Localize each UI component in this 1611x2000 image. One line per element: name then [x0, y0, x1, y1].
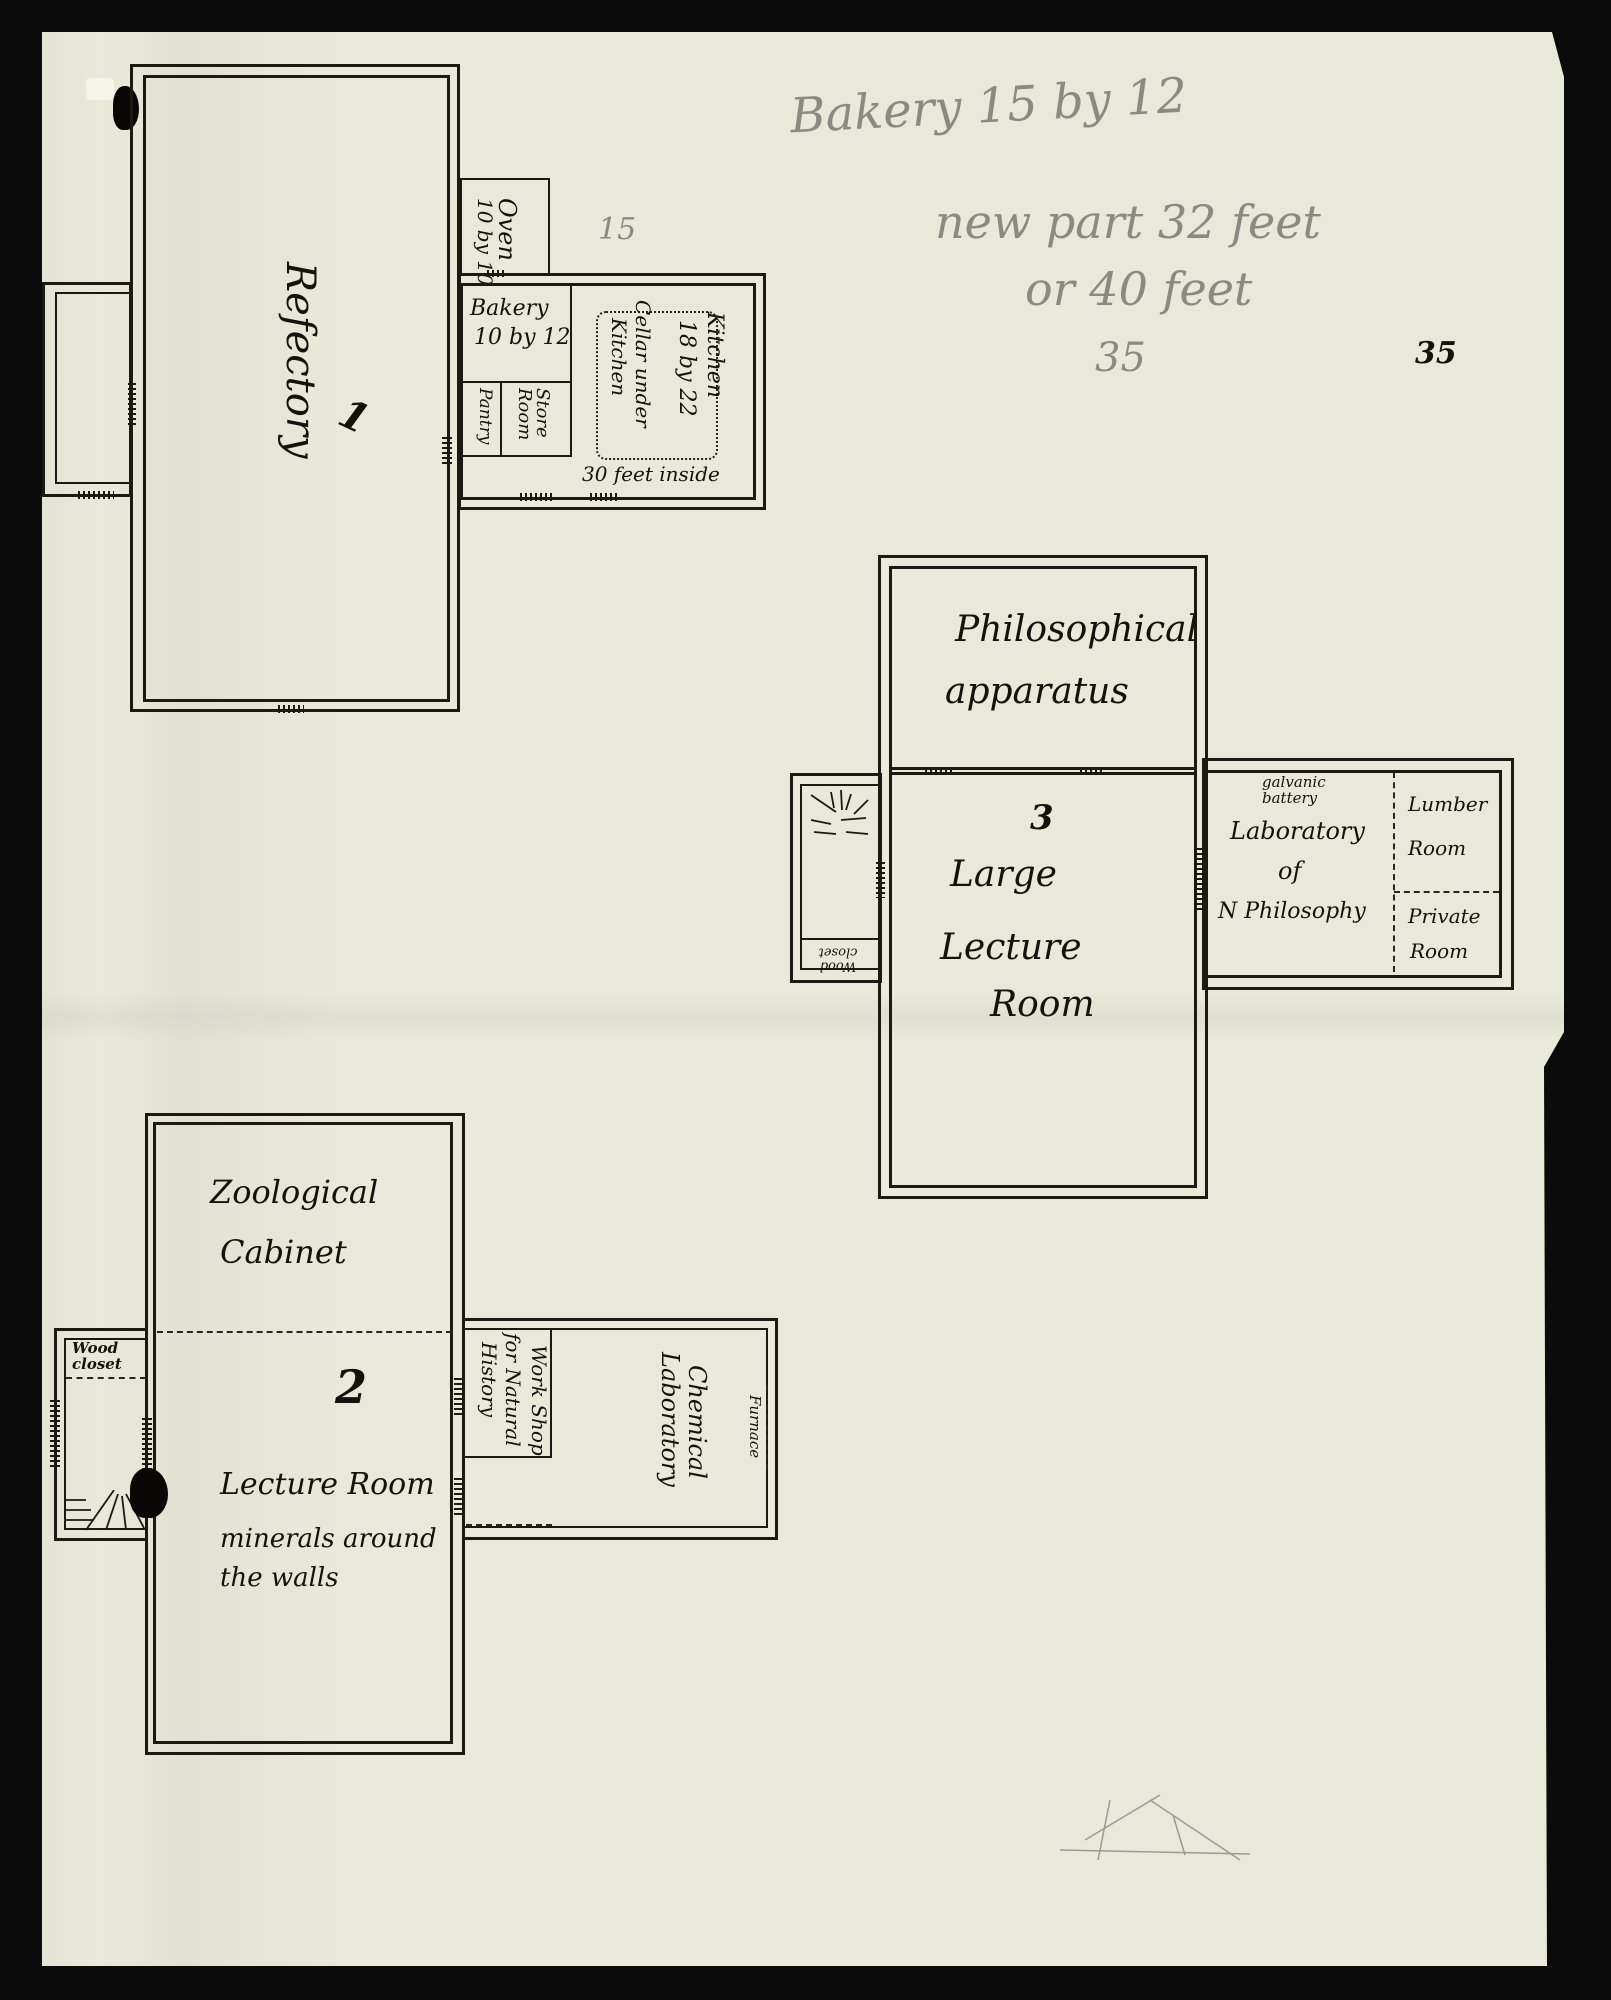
kitchen-label: Kitchen	[702, 312, 726, 398]
store-room-label-1: Store	[532, 388, 552, 438]
minerals-note-1: minerals around	[220, 1525, 437, 1554]
workshop-label-3: History	[478, 1342, 500, 1417]
building-2-divider	[157, 1331, 452, 1333]
partition-line	[466, 1524, 552, 1526]
building-1-left-annex-inner	[55, 292, 132, 484]
private-room-label-1: Private	[1408, 905, 1481, 927]
door	[876, 862, 885, 898]
furnace-label: Furnace	[747, 1395, 764, 1458]
large-lecture-room-label-3: Room	[990, 985, 1095, 1025]
kitchen-note: 30 feet inside	[582, 463, 720, 485]
staircase-icon	[806, 790, 876, 845]
door	[925, 767, 953, 775]
laboratory-label-2: of	[1278, 858, 1301, 884]
door	[1080, 767, 1104, 775]
laboratory-label-1: Laboratory	[1230, 818, 1365, 844]
door	[520, 493, 552, 501]
zoological-cabinet-label-2: Cabinet	[220, 1235, 347, 1270]
ink-blot	[130, 1468, 168, 1518]
philosophical-apparatus-label-1: Philosophical	[955, 610, 1198, 650]
cellar-label-1: Cellar under	[632, 300, 654, 428]
lumber-room-label-1: Lumber	[1408, 793, 1487, 815]
pencil-note-new-part: new part 32 feet	[935, 195, 1321, 249]
door	[442, 437, 452, 467]
large-lecture-room-label-1: Large	[950, 855, 1057, 895]
building-2-number: 2	[335, 1362, 367, 1413]
large-lecture-room-label-2: Lecture	[940, 928, 1082, 968]
door	[454, 1478, 464, 1518]
door	[128, 383, 136, 425]
lumber-room-label-2: Room	[1408, 837, 1466, 859]
galvanic-battery-label-2: battery	[1262, 790, 1317, 807]
lecture-room-label: Lecture Room	[220, 1468, 435, 1501]
chemical-laboratory-label-1: Chemical	[684, 1365, 710, 1479]
bakery-label: Bakery	[470, 297, 549, 321]
private-room-label-2: Room	[1410, 940, 1468, 962]
pencil-note-15: 15	[598, 212, 636, 247]
building-3-number: 3	[1030, 800, 1054, 837]
workshop-label-1: Work Shop	[528, 1345, 550, 1456]
pencil-note-35: 35	[1095, 335, 1146, 381]
philosophical-apparatus-label-2: apparatus	[945, 672, 1129, 712]
store-room-label-2: Room	[514, 388, 534, 440]
cellar-label-2: Kitchen	[608, 318, 630, 396]
paper-tear	[86, 78, 114, 100]
partition-line	[1394, 891, 1499, 893]
zoological-cabinet-label-1: Zoological	[210, 1175, 378, 1210]
pencil-sketch-triangle	[1060, 1790, 1260, 1870]
wood-closet-partition	[66, 1377, 146, 1379]
workshop-label-2: for Natural	[502, 1333, 524, 1447]
door	[278, 705, 304, 713]
partition-line	[1393, 772, 1395, 972]
pantry-label: Pantry	[475, 388, 494, 444]
minerals-note-2: the walls	[220, 1564, 339, 1593]
oven-label: Oven	[494, 198, 520, 261]
door	[1194, 848, 1204, 912]
laboratory-label-3: N Philosophy	[1218, 900, 1366, 924]
bakery-size: 10 by 12	[474, 326, 571, 350]
furnace-line	[766, 1385, 768, 1470]
building-3-wood-closet-label: Wood closet	[808, 944, 868, 973]
door	[590, 493, 620, 501]
refectory-label: Refectory	[278, 262, 322, 459]
door	[78, 491, 114, 499]
ink-note-35: 35	[1415, 337, 1457, 370]
building-2-inner-wall	[153, 1122, 453, 1744]
kitchen-size: 18 by 22	[674, 320, 698, 417]
door	[50, 1400, 60, 1470]
pencil-note-or-40: or 40 feet	[1025, 262, 1252, 316]
chemical-laboratory-label-2: Laboratory	[657, 1352, 683, 1487]
building-2-wood-closet-label-2: closet	[72, 1356, 122, 1373]
